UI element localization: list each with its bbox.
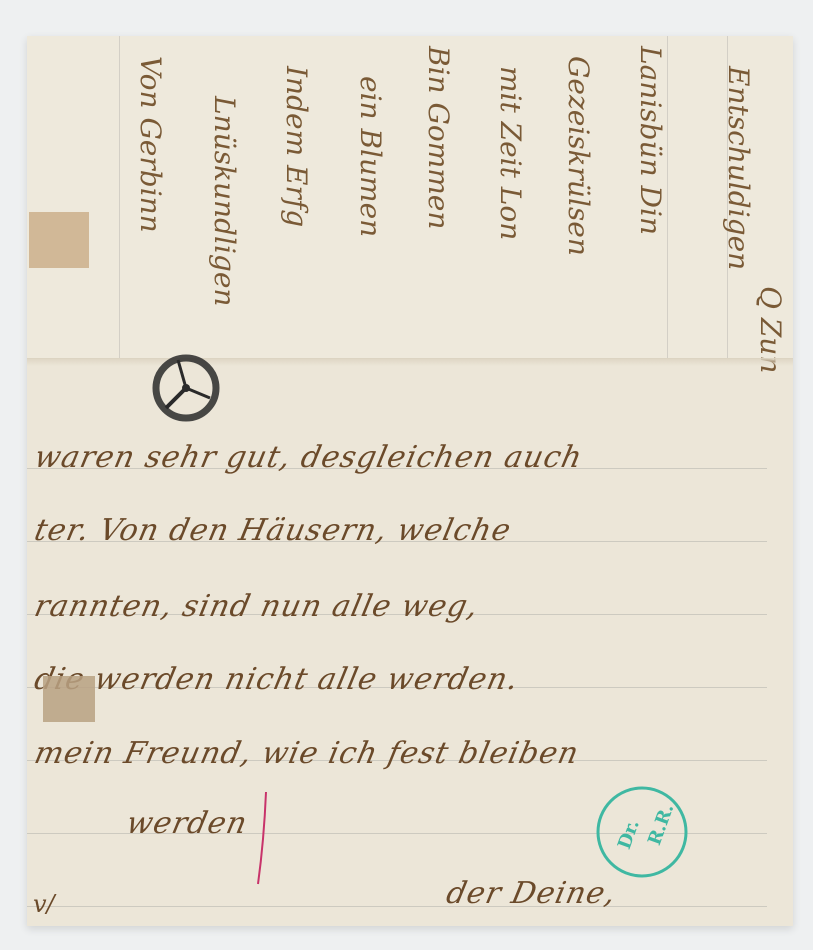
text-line: werden <box>123 806 251 841</box>
vertical-text-line: Lanisbün Din <box>634 46 667 235</box>
vertical-text-line: Indem Erfg <box>280 66 313 227</box>
corner-mark: v/ <box>33 890 55 918</box>
vertical-text-line: Lnüskundligen <box>208 96 241 306</box>
wheel-stamp-icon <box>148 350 224 426</box>
stamp-circle-icon <box>594 784 690 880</box>
red-pencil-mark <box>256 790 268 886</box>
vertical-text-line: mit Zeit Lon <box>494 66 527 240</box>
vertical-text-line: Entschuldigen <box>722 66 755 270</box>
text-line: mein Freund, wie ich fest bleiben <box>31 736 582 771</box>
signature-line: der Deine, <box>443 876 619 911</box>
tape-patch <box>29 212 89 268</box>
ruled-line <box>27 906 767 907</box>
folded-upper-panel: Q Zun Entschuldigen Lanisbün Din Gezeisk… <box>27 36 793 359</box>
collection-stamp: Dr. R.R. <box>594 784 690 880</box>
tape-patch <box>43 676 95 722</box>
vertical-text-line: Gezeiskrülsen <box>562 56 595 256</box>
text-line: waren sehr gut, desgleichen auch <box>31 440 586 475</box>
margin-rule <box>667 36 668 358</box>
vertical-text-line: ein Blumen <box>354 76 387 237</box>
vertical-text-line: Von Gerbinn <box>134 56 167 233</box>
text-line: die werden nicht alle werden. <box>31 662 522 697</box>
vertical-text-line: Bin Gommen <box>422 46 455 229</box>
text-line: ter. Von den Häusern, welche <box>31 513 514 548</box>
fold-line <box>27 358 793 366</box>
margin-rule <box>119 36 120 358</box>
text-line: rannten, sind nun alle weg, <box>31 589 482 624</box>
